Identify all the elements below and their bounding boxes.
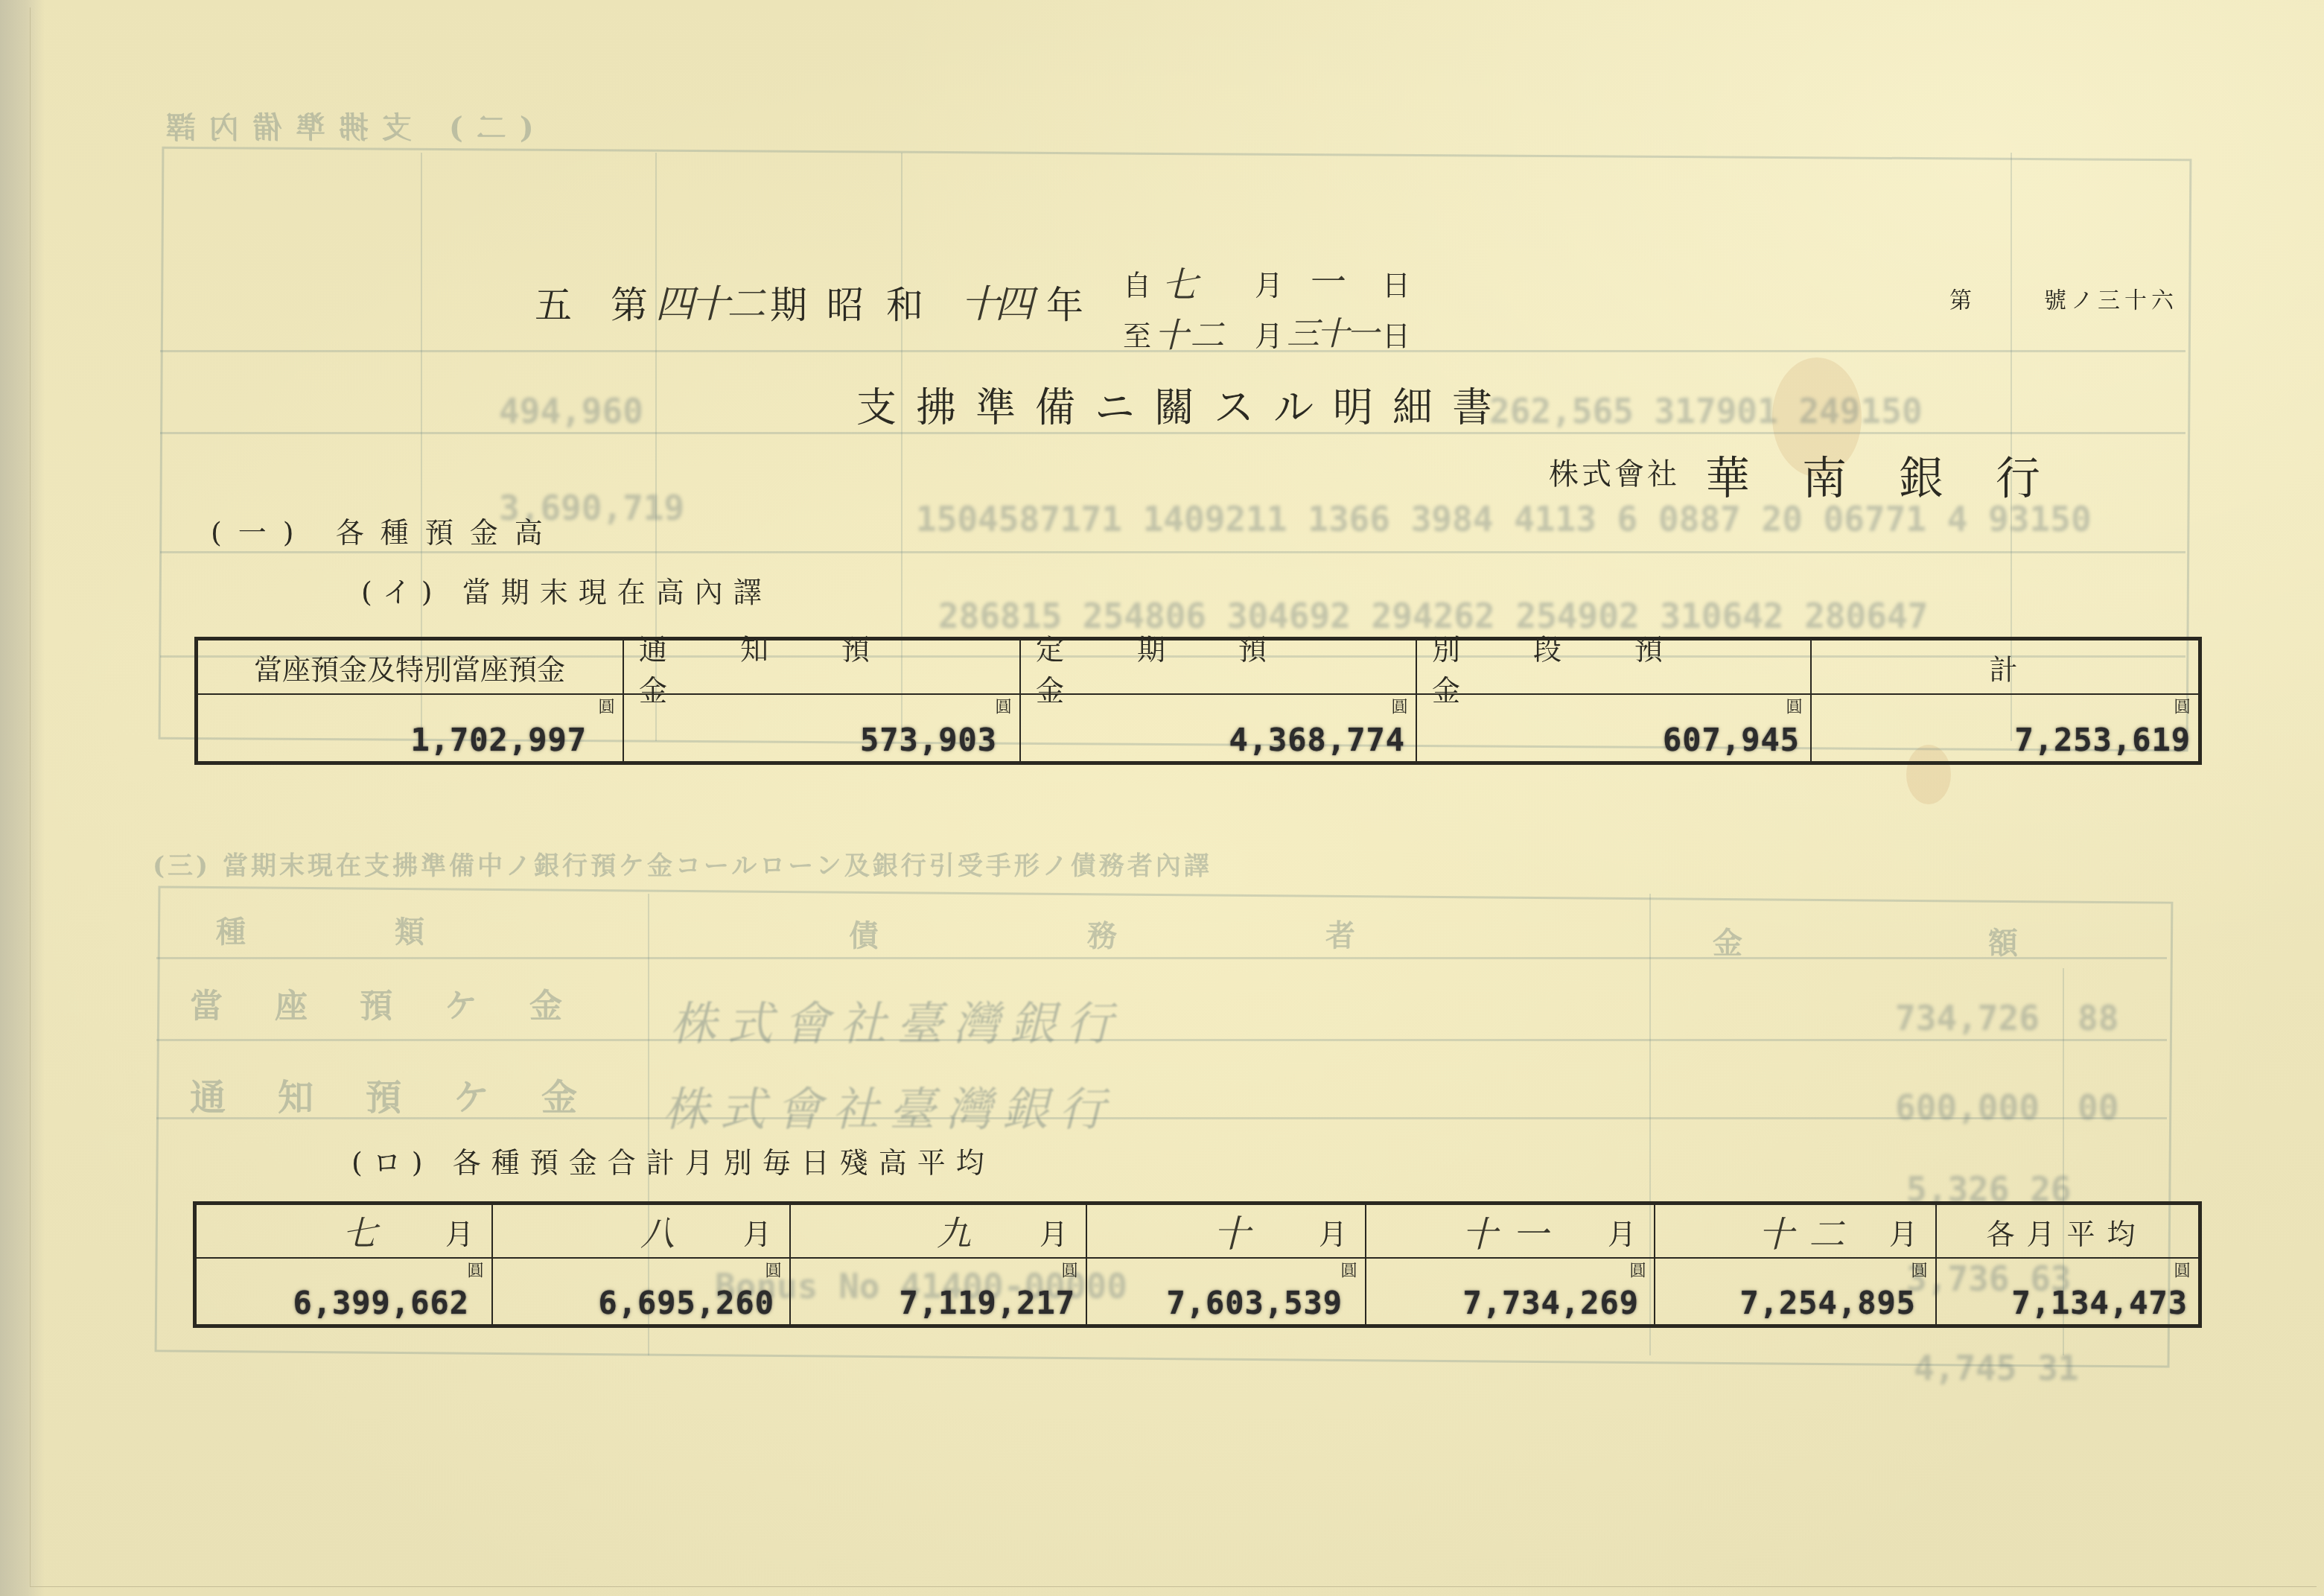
subsection-i-heading: (イ) 當期末現在高內譯 — [361, 569, 772, 610]
unit-yen: 圓 — [1387, 698, 1410, 714]
ghost-lower-heading: (三) 當期末現在支拂準備中ノ銀行預ケ金コールローン及銀行引受手形ノ債務者內譯 — [153, 845, 1212, 882]
column-header: 各月平均 — [1937, 1205, 2198, 1259]
table-column: 別段預金 圓607,945 — [1417, 640, 1812, 761]
ghost-line — [156, 1039, 2167, 1041]
ghost-number: 262,565 317901 249150 — [1489, 391, 1923, 431]
column-header: 別段預金 — [1417, 640, 1810, 695]
table-column: 當座預金及特別當座預金 圓1,702,997 — [198, 640, 624, 761]
month-handwritten: 十一 — [1462, 1206, 1563, 1257]
from-month-handwritten: 七 — [1162, 256, 1209, 308]
month-label: 各月平均 — [1986, 1211, 2147, 1252]
from-day-label: 日 — [1382, 262, 1422, 303]
column-value: 1,702,997 — [410, 722, 587, 758]
current-balance-table: 當座預金及特別當座預金 圓1,702,997 通知預金 圓573,903 定期預… — [194, 637, 2202, 765]
ghost-number: 4,745 31 — [1914, 1348, 2079, 1388]
column-header: 當座預金及特別當座預金 — [198, 640, 623, 695]
column-value: 7,134,473 — [2011, 1285, 2188, 1321]
term-suffix: 期 — [770, 276, 815, 329]
unit-yen: 圓 — [1906, 1262, 1929, 1278]
column-header: 通知預金 — [624, 640, 1019, 695]
table-column: 十一月 圓7,734,269 — [1366, 1205, 1655, 1324]
column-value: 6,695,260 — [598, 1285, 774, 1321]
form-number-prefix: 第 — [1949, 282, 1975, 314]
era-suffix: 年 — [1046, 276, 1091, 329]
month-label: 月 — [1608, 1211, 1637, 1252]
ghost-row-sen: 88 — [2078, 998, 2118, 1038]
month-label: 月 — [1040, 1211, 1069, 1252]
unit-yen: 圓 — [1625, 1262, 1648, 1278]
column-header: 七月 — [197, 1205, 491, 1259]
month-handwritten: 九 — [937, 1206, 972, 1256]
month-handwritten: 八 — [640, 1206, 676, 1256]
table-column: 七月 圓6,399,662 — [197, 1205, 493, 1324]
ghost-line — [160, 551, 2185, 553]
ghost-row-debtor: 株式會社臺灣銀行 — [670, 987, 1123, 1053]
ghost-row-sen: 00 — [2078, 1087, 2118, 1128]
era-prefix: 昭和 — [827, 276, 946, 329]
column-value: 7,253,619 — [2014, 722, 2191, 758]
company-prefix: 株式會社 — [1549, 451, 1680, 493]
table-column-total: 計 圓7,253,619 — [1812, 640, 2198, 761]
column-header: 定期預金 — [1021, 640, 1416, 695]
ghost-row-type: 通知預ケ金 — [190, 1069, 629, 1120]
monthly-average-table: 七月 圓6,399,662 八月 圓6,695,260 九月 圓7,119,21… — [193, 1201, 2202, 1328]
ghost-col-debtor: 債務者 — [849, 912, 1564, 955]
column-header: 計 — [1812, 640, 2198, 695]
ghost-row-type: 當座預ケ金 — [190, 979, 614, 1027]
month-label: 月 — [743, 1211, 773, 1252]
table-column: 十二月 圓7,254,895 — [1655, 1205, 1937, 1324]
table-column: 定期預金 圓4,368,774 — [1021, 640, 1417, 761]
table-column: 十月 圓7,603,539 — [1087, 1205, 1366, 1324]
table-column: 通知預金 圓573,903 — [624, 640, 1021, 761]
document-title: 支拂準備ニ關スル明細書 — [856, 376, 1512, 433]
subsection-ro-heading: (ロ) 各種預金合計月別毎日殘高平均 — [351, 1139, 995, 1180]
column-header: 十月 — [1087, 1205, 1365, 1259]
ghost-col-amount: 金額 — [1713, 920, 2264, 962]
column-value: 607,945 — [1663, 722, 1800, 758]
unit-yen: 圓 — [760, 1262, 783, 1278]
to-day-handwritten: 三十一 — [1287, 307, 1376, 355]
from-label: 自 — [1123, 262, 1163, 303]
column-value: 7,119,217 — [899, 1285, 1075, 1321]
unit-yen: 圓 — [990, 698, 1013, 714]
term-prefix: 第 — [611, 276, 655, 329]
section-number: 五 — [535, 276, 579, 329]
document-page: (二) 支拂準備內譯 494,960 262,565 317901 249150… — [0, 0, 2324, 1596]
column-value: 4,368,774 — [1229, 722, 1405, 758]
unit-yen: 圓 — [1336, 1262, 1359, 1278]
column-value: 7,254,895 — [1739, 1285, 1916, 1321]
column-value: 7,603,539 — [1166, 1285, 1343, 1321]
column-header: 九月 — [791, 1205, 1086, 1259]
unit-yen: 圓 — [593, 698, 617, 714]
ghost-number: 494,960 — [499, 391, 643, 431]
from-day-handwritten: 一 — [1307, 253, 1354, 305]
term-number-handwritten: 四十二 — [655, 273, 763, 328]
month-handwritten: 十 — [1213, 1204, 1252, 1258]
unit-yen: 圓 — [462, 1262, 486, 1278]
unit-yen: 圓 — [2169, 698, 2192, 714]
unit-yen: 圓 — [2169, 1262, 2192, 1278]
month-label: 月 — [1889, 1211, 1919, 1252]
section-1-heading: (一) 各種預金高 — [211, 509, 559, 550]
ghost-row-amount: 734,726 — [1895, 998, 2040, 1038]
ghost-top-heading: (二) 支拂準備內譯 — [153, 104, 534, 147]
month-label: 月 — [445, 1211, 475, 1252]
table-column: 八月 圓6,695,260 — [493, 1205, 791, 1324]
table-column-average: 各月平均 圓7,134,473 — [1937, 1205, 2198, 1324]
column-header: 八月 — [493, 1205, 789, 1259]
to-month-handwritten: 十二 — [1154, 308, 1226, 357]
column-value: 6,399,662 — [293, 1285, 469, 1321]
ghost-row-amount: 600,000 — [1895, 1087, 2040, 1128]
unit-yen: 圓 — [1057, 1262, 1080, 1278]
table-column: 九月 圓7,119,217 — [791, 1205, 1087, 1324]
month-handwritten: 七 — [343, 1206, 378, 1256]
column-value: 573,903 — [860, 722, 997, 758]
company-name: 華南銀行 — [1705, 443, 2092, 507]
to-day-label: 日 — [1382, 313, 1422, 354]
ghost-row-debtor: 株式會社臺灣銀行 — [663, 1072, 1115, 1139]
column-value: 7,734,269 — [1462, 1285, 1639, 1321]
form-number-suffix: 號ノ三十六 — [2044, 282, 2178, 314]
unit-yen: 圓 — [1781, 698, 1804, 714]
from-month-label: 月 — [1255, 262, 1295, 303]
column-header: 十一月 — [1366, 1205, 1654, 1259]
era-year-handwritten: 十四 — [961, 273, 1029, 328]
month-label: 月 — [1319, 1211, 1349, 1252]
ghost-col-type: 種類 — [216, 909, 573, 951]
month-handwritten: 十二 — [1758, 1206, 1859, 1257]
column-header: 十二月 — [1655, 1205, 1935, 1259]
